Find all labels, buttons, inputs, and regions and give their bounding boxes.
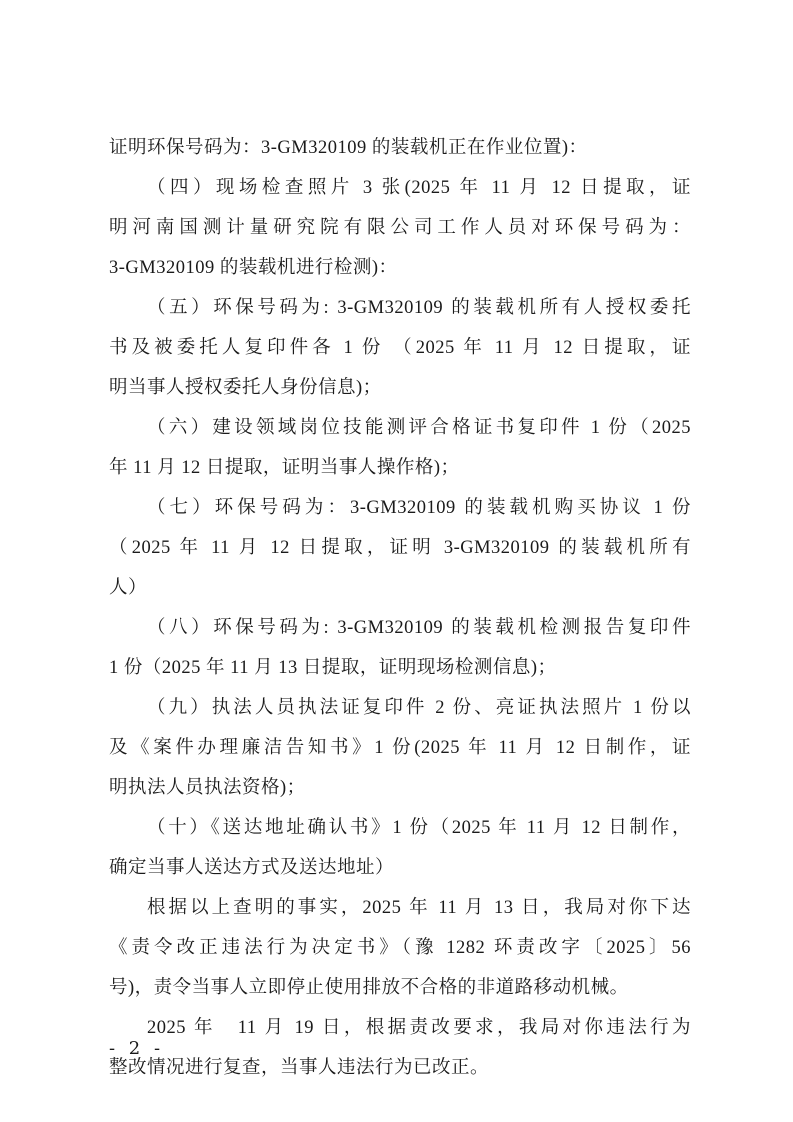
- evidence-item-4-line-2: 明河南国测计量研究院有限公司工作人员对环保号码为：: [109, 208, 691, 248]
- evidence-item-9-line-1: （九）执法人员执法证复印件 2 份、亮证执法照片 1 份以: [109, 688, 691, 728]
- evidence-item-9-line-3: 明执法人员执法资格)；: [109, 768, 691, 808]
- facts-paragraph-line-1: 根据以上查明的事实，2025 年 11 月 13 日，我局对你下达: [109, 888, 691, 928]
- evidence-item-7-line-3: 人）: [109, 568, 691, 608]
- evidence-item-8-line-2: 1 份（2025 年 11 月 13 日提取，证明现场检测信息)；: [109, 648, 691, 688]
- facts-paragraph-line-2: 《责令改正违法行为决定书》（豫 1282 环责改字〔2025〕56: [109, 928, 691, 968]
- document-body: 证明环保号码为：3-GM320109 的装载机正在作业位置)： （四）现场检查照…: [109, 128, 691, 1088]
- evidence-item-7-line-2: （2025 年 11 月 12 日提取，证明 3-GM320109 的装载机所有: [109, 528, 691, 568]
- evidence-item-4-line-3: 3-GM320109 的装载机进行检测)：: [109, 248, 691, 288]
- evidence-item-8-line-1: （八）环保号码为: 3-GM320109 的装载机检测报告复印件: [109, 608, 691, 648]
- evidence-item-7-line-1: （七）环保号码为：3-GM320109 的装载机购买协议 1 份: [109, 488, 691, 528]
- evidence-item-6-line-2: 年 11 月 12 日提取，证明当事人操作格)；: [109, 448, 691, 488]
- evidence-item-5-line-1: （五）环保号码为: 3-GM320109 的装载机所有人授权委托: [109, 288, 691, 328]
- text-line: 证明环保号码为：3-GM320109 的装载机正在作业位置)：: [109, 128, 691, 168]
- review-paragraph-line-1: 2025 年 11 月 19 日，根据责改要求，我局对你违法行为: [109, 1008, 691, 1048]
- evidence-item-10-line-2: 确定当事人送达方式及送达地址）: [109, 848, 691, 888]
- document-page: 证明环保号码为：3-GM320109 的装载机正在作业位置)： （四）现场检查照…: [0, 0, 793, 1122]
- facts-paragraph-line-3: 号)，责令当事人立即停止使用排放不合格的非道路移动机械。: [109, 968, 691, 1008]
- page-number: - 2 -: [109, 1036, 164, 1062]
- evidence-item-5-line-2: 书及被委托人复印件各 1 份 （2025 年 11 月 12 日提取，证: [109, 328, 691, 368]
- evidence-item-4-line-1: （四）现场检查照片 3 张(2025 年 11 月 12 日提取，证: [109, 168, 691, 208]
- review-paragraph-line-2: 整改情况进行复查，当事人违法行为已改正。: [109, 1048, 691, 1088]
- evidence-item-9-line-2: 及《案件办理廉洁告知书》1 份(2025 年 11 月 12 日制作，证: [109, 728, 691, 768]
- evidence-item-6-line-1: （六）建设领域岗位技能测评合格证书复印件 1 份（2025: [109, 408, 691, 448]
- evidence-item-10-line-1: （十）《送达地址确认书》1 份（2025 年 11 月 12 日制作，: [109, 808, 691, 848]
- evidence-item-5-line-3: 明当事人授权委托人身份信息)；: [109, 368, 691, 408]
